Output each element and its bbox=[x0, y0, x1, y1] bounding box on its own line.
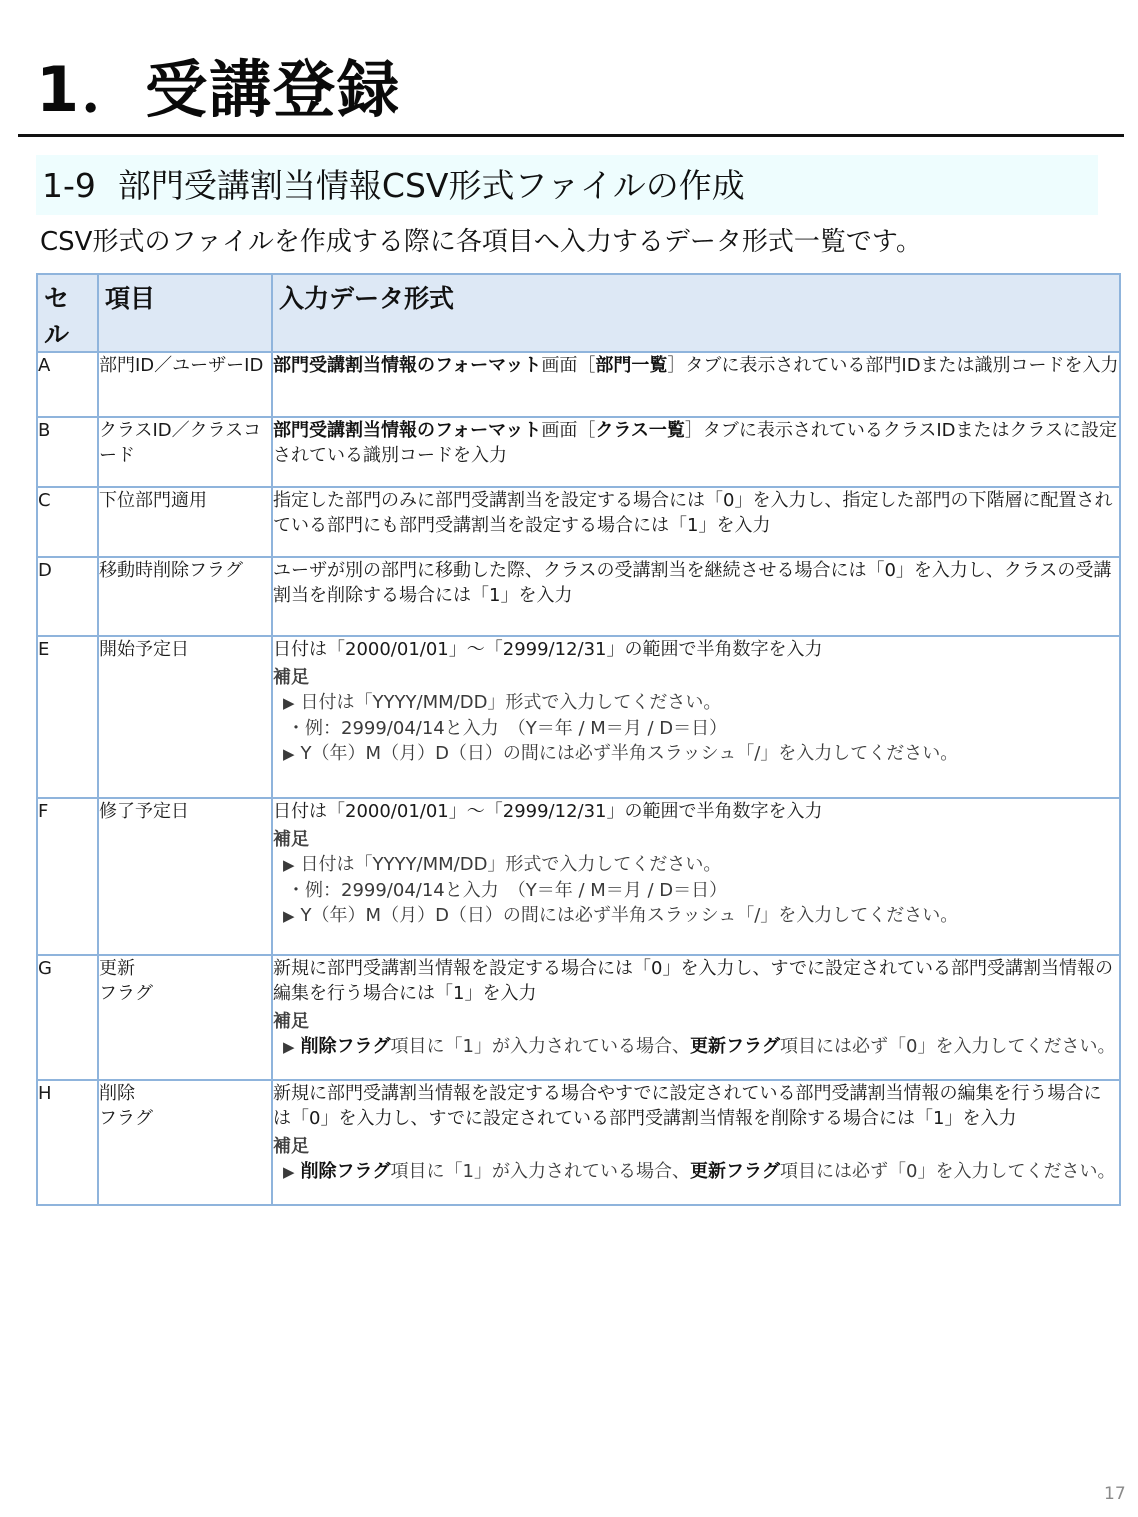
supplement-line: ▶削除フラグ項目に「1」が入力されている場合、更新フラグ項目には必ず「0」を入力… bbox=[273, 1159, 1119, 1185]
section-title-text: 部門受講割当情報CSV形式ファイルの作成 bbox=[118, 166, 745, 205]
item-name: 開始予定日 bbox=[98, 636, 272, 798]
format-text: 新規に部門受講割当情報を設定する場合やすでに設定されている部門受講割当情報の編集… bbox=[273, 1081, 1119, 1131]
title-divider bbox=[18, 134, 1124, 137]
item-name: 部門ID／ユーザーID bbox=[98, 352, 272, 417]
item-name: 修了予定日 bbox=[98, 798, 272, 955]
format-bold: 部門受講割当情報のフォーマット bbox=[273, 355, 541, 376]
item-name-line: フラグ bbox=[99, 1106, 271, 1131]
table-row: B クラスID／クラスコード 部門受講割当情報のフォーマット画面［クラス一覧］タ… bbox=[37, 417, 1120, 487]
format-bold: クラス一覧 bbox=[595, 420, 684, 441]
item-name: 更新 フラグ bbox=[98, 955, 272, 1080]
supplement-heading: 補足 bbox=[273, 1009, 1119, 1034]
table-row: G 更新 フラグ 新規に部門受講割当情報を設定する場合には「0」を入力し、すでに… bbox=[37, 955, 1120, 1080]
table-row: F 修了予定日 日付は「2000/01/01」～「2999/12/31」の範囲で… bbox=[37, 798, 1120, 955]
supplement-text: Y（年）M（月）D（日）の間には必ず半角スラッシュ「/」を入力してください。 bbox=[301, 743, 959, 764]
page-title: 1．受講登録 bbox=[36, 50, 401, 130]
triangle-bullet-icon: ▶ bbox=[283, 1038, 295, 1056]
section-number: 1-9 bbox=[42, 166, 96, 205]
supplement-heading: 補足 bbox=[273, 827, 1119, 852]
table-row: H 削除 フラグ 新規に部門受講割当情報を設定する場合やすでに設定されている部門… bbox=[37, 1080, 1120, 1205]
table-row: C 下位部門適用 指定した部門のみに部門受講割当を設定する場合には「0」を入力し… bbox=[37, 487, 1120, 557]
supplement-bold: 更新フラグ bbox=[690, 1036, 780, 1057]
item-name: クラスID／クラスコード bbox=[98, 417, 272, 487]
format-text: 日付は「2000/01/01」～「2999/12/31」の範囲で半角数字を入力 bbox=[273, 637, 1119, 662]
triangle-bullet-icon: ▶ bbox=[283, 907, 295, 925]
supplement-text: 日付は「YYYY/MM/DD」形式で入力してください。 bbox=[301, 854, 722, 875]
supplement-bold: 削除フラグ bbox=[301, 1036, 391, 1057]
triangle-bullet-icon: ▶ bbox=[283, 745, 295, 763]
page-number: 17 bbox=[1104, 1484, 1126, 1504]
input-format: 部門受講割当情報のフォーマット画面［クラス一覧］タブに表示されているクラスIDま… bbox=[272, 417, 1120, 487]
supplement-text: 項目には必ず「0」を入力してください。 bbox=[780, 1036, 1115, 1057]
supplement-heading: 補足 bbox=[273, 665, 1119, 690]
format-text: 日付は「2000/01/01」～「2999/12/31」の範囲で半角数字を入力 bbox=[273, 799, 1119, 824]
supplement-example: ・例：2999/04/14と入力 （Y＝年 / M＝月 / D＝日） bbox=[273, 716, 1119, 741]
supplement-line: ▶Y（年）M（月）D（日）の間には必ず半角スラッシュ「/」を入力してください。 bbox=[273, 903, 1119, 929]
item-name-line: 削除 bbox=[99, 1081, 271, 1106]
supplement-bold: 削除フラグ bbox=[301, 1161, 391, 1182]
input-format: 新規に部門受講割当情報を設定する場合には「0」を入力し、すでに設定されている部門… bbox=[272, 955, 1120, 1080]
intro-text: CSV形式のファイルを作成する際に各項目へ入力するデータ形式一覧です。 bbox=[40, 224, 922, 260]
cell-letter: F bbox=[37, 798, 98, 955]
supplement-bold: 更新フラグ bbox=[690, 1161, 780, 1182]
supplement-heading: 補足 bbox=[273, 1134, 1119, 1159]
table-header-row: セル 項目 入力データ形式 bbox=[37, 274, 1120, 352]
cell-letter: H bbox=[37, 1080, 98, 1205]
supplement-line: ▶削除フラグ項目に「1」が入力されている場合、更新フラグ項目には必ず「0」を入力… bbox=[273, 1034, 1119, 1060]
input-format: 新規に部門受講割当情報を設定する場合やすでに設定されている部門受講割当情報の編集… bbox=[272, 1080, 1120, 1205]
format-text: 画面［ bbox=[541, 420, 595, 441]
csv-format-table: セル 項目 入力データ形式 A 部門ID／ユーザーID 部門受講割当情報のフォー… bbox=[36, 273, 1121, 1206]
triangle-bullet-icon: ▶ bbox=[283, 694, 295, 712]
section-title: 1-9部門受講割当情報CSV形式ファイルの作成 bbox=[42, 165, 745, 207]
item-name: 削除 フラグ bbox=[98, 1080, 272, 1205]
format-bold: 部門受講割当情報のフォーマット bbox=[273, 420, 541, 441]
item-name-line: フラグ bbox=[99, 981, 271, 1006]
cell-letter: D bbox=[37, 557, 98, 636]
cell-letter: E bbox=[37, 636, 98, 798]
format-text: 画面［ bbox=[541, 355, 595, 376]
supplement-line: ▶日付は「YYYY/MM/DD」形式で入力してください。 bbox=[273, 690, 1119, 716]
supplement-example: ・例：2999/04/14と入力 （Y＝年 / M＝月 / D＝日） bbox=[273, 878, 1119, 903]
supplement-line: ▶Y（年）M（月）D（日）の間には必ず半角スラッシュ「/」を入力してください。 bbox=[273, 741, 1119, 767]
column-header-format: 入力データ形式 bbox=[272, 274, 1120, 352]
table-row: E 開始予定日 日付は「2000/01/01」～「2999/12/31」の範囲で… bbox=[37, 636, 1120, 798]
supplement-text: 項目には必ず「0」を入力してください。 bbox=[780, 1161, 1115, 1182]
triangle-bullet-icon: ▶ bbox=[283, 856, 295, 874]
table-row: A 部門ID／ユーザーID 部門受講割当情報のフォーマット画面［部門一覧］タブに… bbox=[37, 352, 1120, 417]
input-format: 部門受講割当情報のフォーマット画面［部門一覧］タブに表示されている部門IDまたは… bbox=[272, 352, 1120, 417]
input-format: ユーザが別の部門に移動した際、クラスの受講割当を継続させる場合には「0」を入力し… bbox=[272, 557, 1120, 636]
format-bold: 部門一覧 bbox=[595, 355, 667, 376]
supplement-text: 日付は「YYYY/MM/DD」形式で入力してください。 bbox=[301, 692, 722, 713]
triangle-bullet-icon: ▶ bbox=[283, 1163, 295, 1181]
item-name-line: 更新 bbox=[99, 956, 271, 981]
input-format: 日付は「2000/01/01」～「2999/12/31」の範囲で半角数字を入力 … bbox=[272, 636, 1120, 798]
supplement-text: 項目に「1」が入力されている場合、 bbox=[391, 1036, 690, 1057]
supplement-text: 項目に「1」が入力されている場合、 bbox=[391, 1161, 690, 1182]
input-format: 日付は「2000/01/01」～「2999/12/31」の範囲で半角数字を入力 … bbox=[272, 798, 1120, 955]
column-header-cell: セル bbox=[37, 274, 98, 352]
supplement-line: ▶日付は「YYYY/MM/DD」形式で入力してください。 bbox=[273, 852, 1119, 878]
item-name: 移動時削除フラグ bbox=[98, 557, 272, 636]
cell-letter: C bbox=[37, 487, 98, 557]
item-name: 下位部門適用 bbox=[98, 487, 272, 557]
column-header-item: 項目 bbox=[98, 274, 272, 352]
table-row: D 移動時削除フラグ ユーザが別の部門に移動した際、クラスの受講割当を継続させる… bbox=[37, 557, 1120, 636]
cell-letter: A bbox=[37, 352, 98, 417]
cell-letter: G bbox=[37, 955, 98, 1080]
format-text: ］タブに表示されている部門IDまたは識別コードを入力 bbox=[667, 355, 1118, 376]
cell-letter: B bbox=[37, 417, 98, 487]
supplement-text: Y（年）M（月）D（日）の間には必ず半角スラッシュ「/」を入力してください。 bbox=[301, 905, 959, 926]
input-format: 指定した部門のみに部門受講割当を設定する場合には「0」を入力し、指定した部門の下… bbox=[272, 487, 1120, 557]
format-text: 新規に部門受講割当情報を設定する場合には「0」を入力し、すでに設定されている部門… bbox=[273, 956, 1119, 1006]
